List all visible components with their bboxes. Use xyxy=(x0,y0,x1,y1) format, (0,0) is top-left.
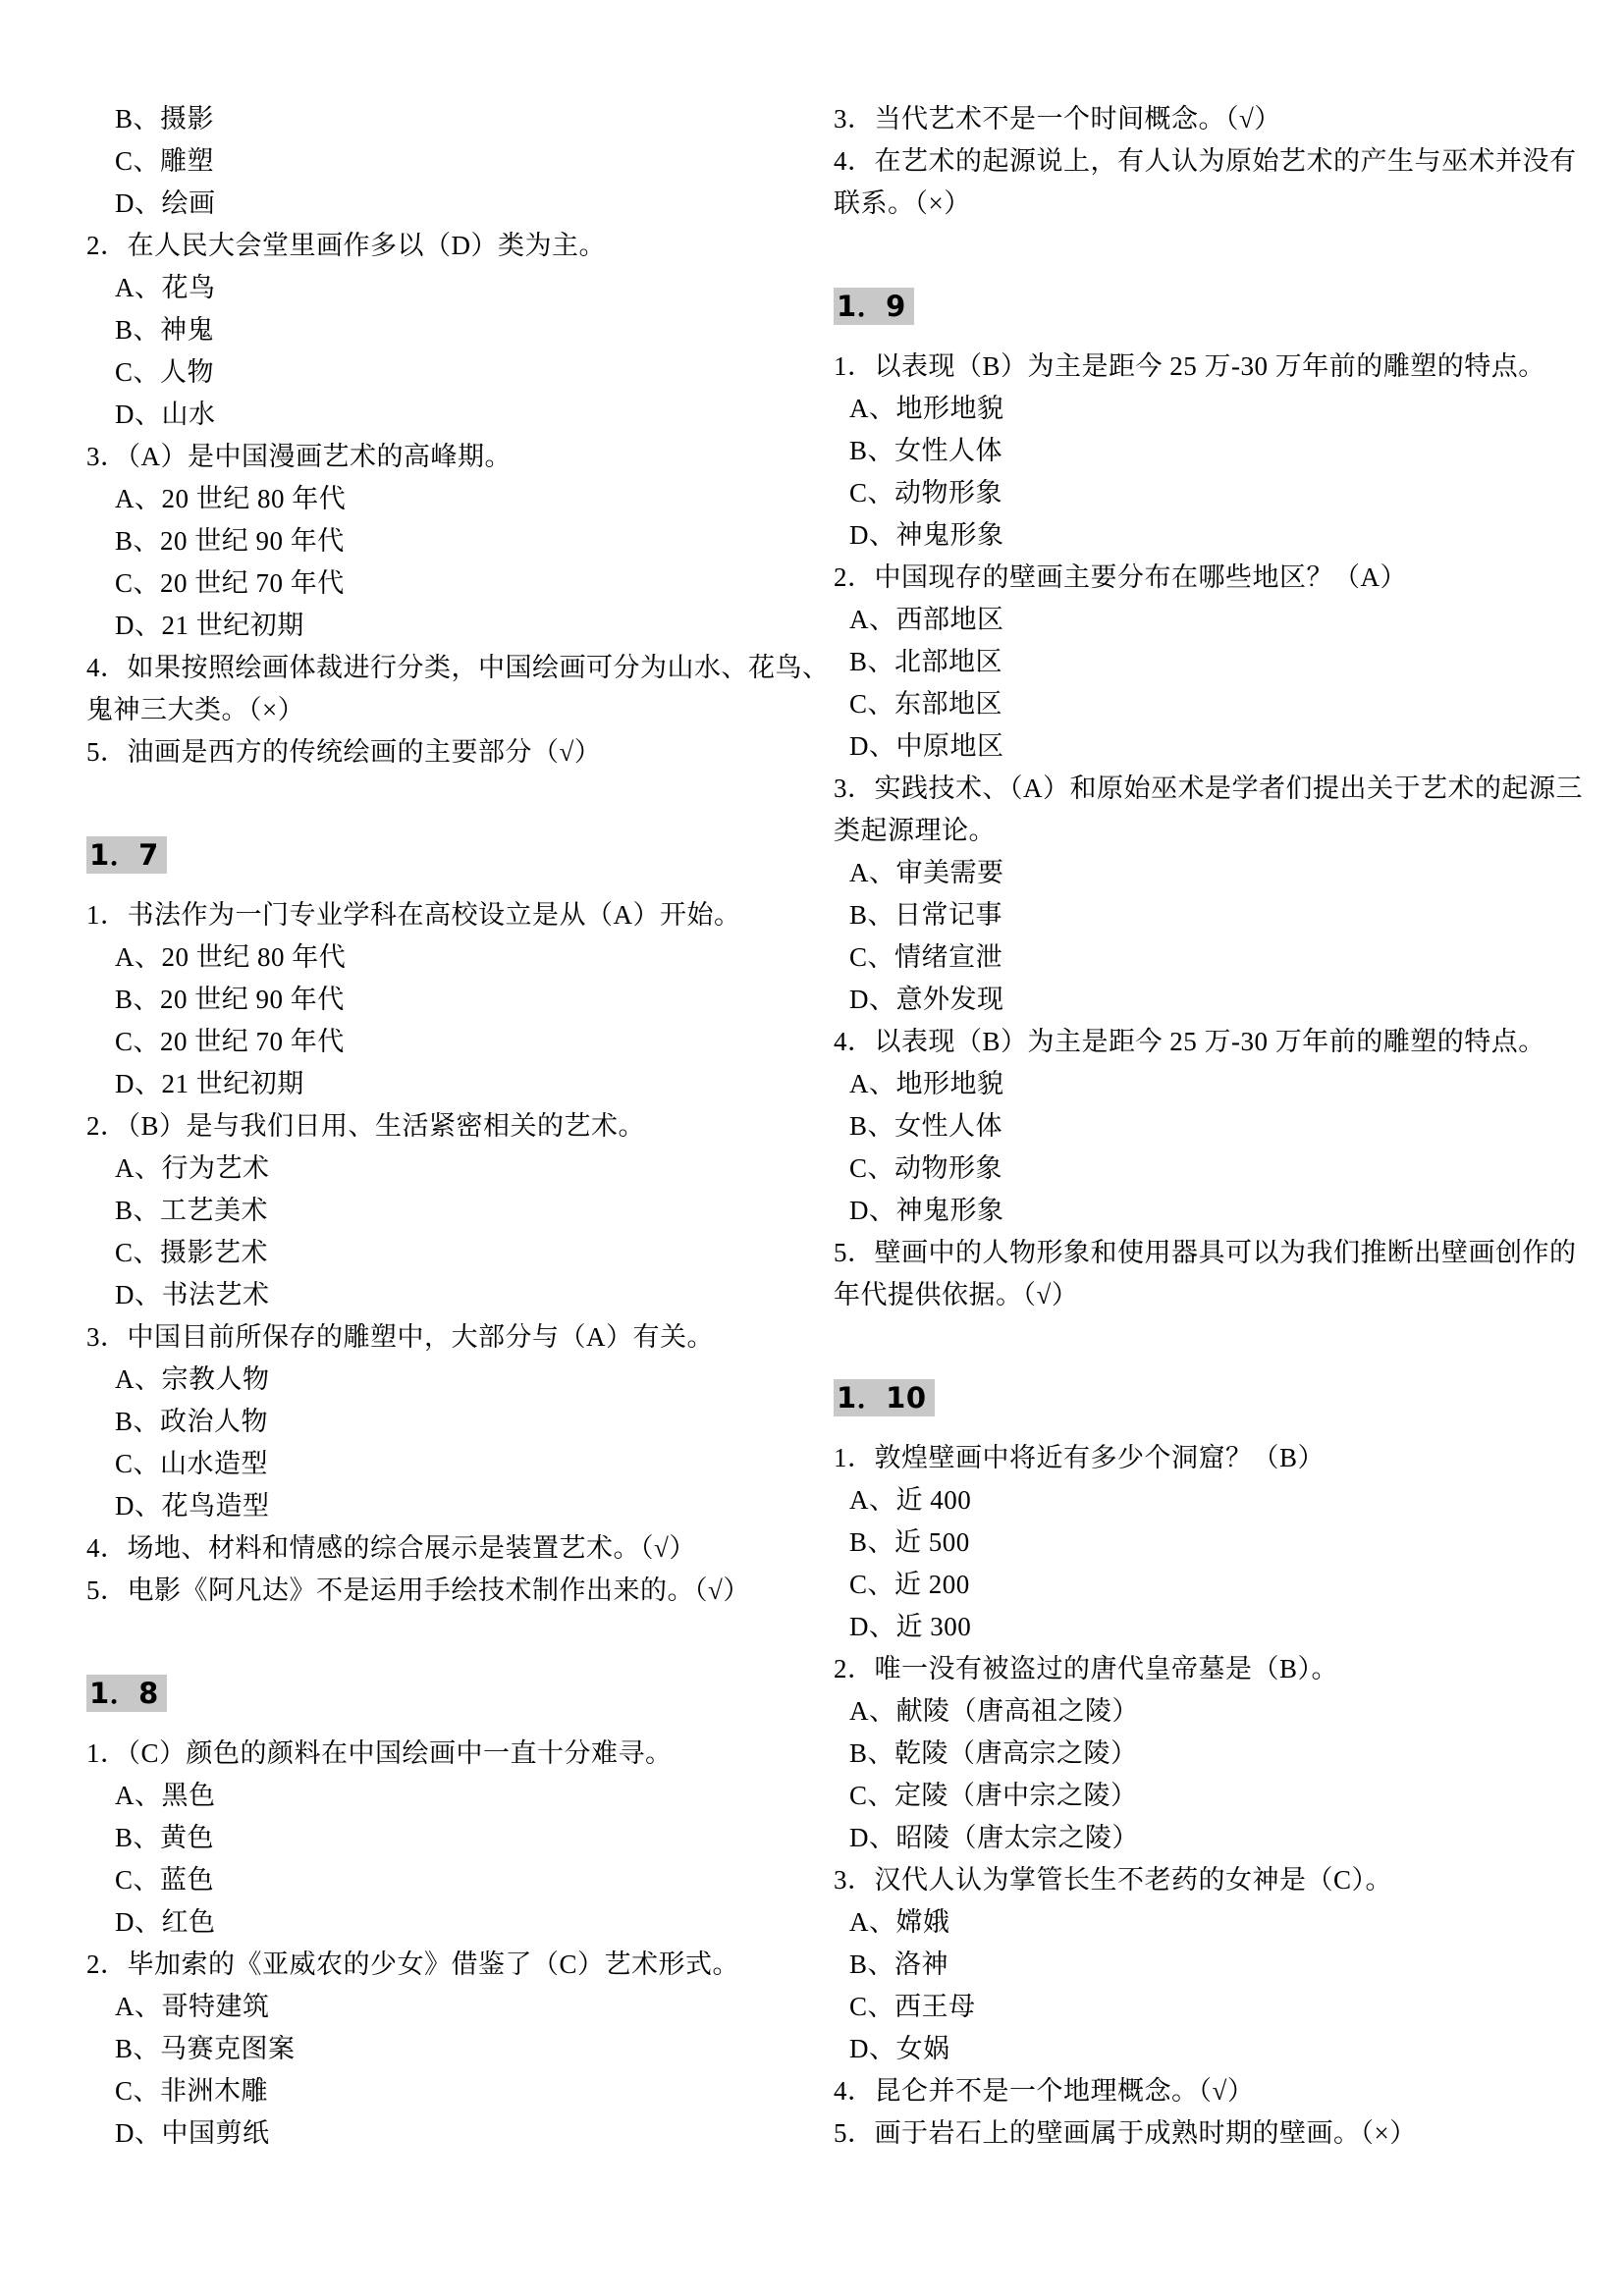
option-line: B、日常记事 xyxy=(834,894,1595,936)
option-line: C、人物 xyxy=(86,351,823,394)
option-line: D、近 300 xyxy=(834,1606,1595,1648)
question-line: 4．以表现（B）为主是距今 25 万-30 万年前的雕塑的特点。 xyxy=(834,1021,1595,1063)
option-line: B、乾陵（唐高宗之陵） xyxy=(834,1733,1595,1775)
section-heading: 1．9 xyxy=(834,286,1595,329)
document-page: B、摄影C、雕塑D、绘画2．在人民大会堂里画作多以（D）类为主。A、花鸟B、神鬼… xyxy=(0,0,1624,2296)
option-line: C、非洲木雕 xyxy=(86,2070,823,2112)
option-line: C、动物形象 xyxy=(834,472,1595,514)
right-column: 3．当代艺术不是一个时间概念。（√）4．在艺术的起源说上，有人认为原始艺术的产生… xyxy=(834,98,1595,2155)
question-line: 3．（A）是中国漫画艺术的高峰期。 xyxy=(86,436,823,478)
option-line: A、黑色 xyxy=(86,1775,823,1817)
option-line: B、女性人体 xyxy=(834,1105,1595,1148)
option-line: D、书法艺术 xyxy=(86,1274,823,1316)
option-line: B、北部地区 xyxy=(834,641,1595,683)
question-line: 3．中国目前所保存的雕塑中，大部分与（A）有关。 xyxy=(86,1316,823,1359)
option-line: C、西王母 xyxy=(834,1986,1595,2028)
option-line: D、21 世纪初期 xyxy=(86,605,823,647)
option-line: B、马赛克图案 xyxy=(86,2028,823,2070)
option-line: A、地形地貌 xyxy=(834,1063,1595,1105)
option-line: B、20 世纪 90 年代 xyxy=(86,979,823,1021)
option-line: A、近 400 xyxy=(834,1479,1595,1522)
option-line: B、政治人物 xyxy=(86,1401,823,1443)
question-line: 3．当代艺术不是一个时间概念。（√） xyxy=(834,98,1595,140)
option-line: C、情绪宣泄 xyxy=(834,936,1595,979)
question-line: 5．画于岩石上的壁画属于成熟时期的壁画。（×） xyxy=(834,2112,1595,2155)
question-line: 1．书法作为一门专业学科在高校设立是从（A）开始。 xyxy=(86,894,823,936)
option-line: A、花鸟 xyxy=(86,267,823,309)
option-line: C、近 200 xyxy=(834,1564,1595,1606)
option-line: B、20 世纪 90 年代 xyxy=(86,520,823,562)
section-heading: 1．10 xyxy=(834,1377,1595,1420)
option-line: D、神鬼形象 xyxy=(834,514,1595,557)
question-line: 2．中国现存的壁画主要分布在哪些地区？（A） xyxy=(834,557,1595,599)
option-line: D、红色 xyxy=(86,1901,823,1944)
option-line: B、工艺美术 xyxy=(86,1190,823,1232)
option-line: A、20 世纪 80 年代 xyxy=(86,936,823,979)
option-line: B、摄影 xyxy=(86,98,823,140)
question-line: 1．以表现（B）为主是距今 25 万-30 万年前的雕塑的特点。 xyxy=(834,346,1595,388)
question-line: 2．唯一没有被盗过的唐代皇帝墓是（B）。 xyxy=(834,1648,1595,1690)
continuation-line: 类起源理论。 xyxy=(834,810,1595,852)
option-line: A、西部地区 xyxy=(834,599,1595,641)
option-line: A、哥特建筑 xyxy=(86,1986,823,2028)
option-line: D、神鬼形象 xyxy=(834,1190,1595,1232)
option-line: C、东部地区 xyxy=(834,683,1595,725)
question-line: 4．昆仑并不是一个地理概念。（√） xyxy=(834,2070,1595,2112)
question-line: 4．如果按照绘画体裁进行分类，中国绘画可分为山水、花鸟、 xyxy=(86,647,823,689)
option-line: C、摄影艺术 xyxy=(86,1232,823,1274)
option-line: C、山水造型 xyxy=(86,1443,823,1485)
option-line: B、洛神 xyxy=(834,1944,1595,1986)
option-line: C、雕塑 xyxy=(86,140,823,183)
question-line: 5．油画是西方的传统绘画的主要部分（√） xyxy=(86,731,823,774)
option-line: B、女性人体 xyxy=(834,430,1595,472)
option-line: C、定陵（唐中宗之陵） xyxy=(834,1775,1595,1817)
option-line: A、地形地貌 xyxy=(834,388,1595,430)
section-heading-label: 1．7 xyxy=(86,836,167,874)
option-line: A、宗教人物 xyxy=(86,1359,823,1401)
section-heading-label: 1．9 xyxy=(834,288,914,325)
section-heading-label: 1．8 xyxy=(86,1675,167,1712)
option-line: A、20 世纪 80 年代 xyxy=(86,478,823,520)
section-heading-label: 1．10 xyxy=(834,1379,935,1416)
option-line: D、绘画 xyxy=(86,183,823,225)
option-line: B、神鬼 xyxy=(86,309,823,351)
option-line: A、献陵（唐高祖之陵） xyxy=(834,1690,1595,1733)
question-line: 4．场地、材料和情感的综合展示是装置艺术。（√） xyxy=(86,1527,823,1570)
option-line: D、中国剪纸 xyxy=(86,2112,823,2155)
question-line: 4．在艺术的起源说上，有人认为原始艺术的产生与巫术并没有 xyxy=(834,140,1595,183)
question-line: 5．壁画中的人物形象和使用器具可以为我们推断出壁画创作的 xyxy=(834,1232,1595,1274)
option-line: D、山水 xyxy=(86,394,823,436)
question-line: 5．电影《阿凡达》不是运用手绘技术制作出来的。（√） xyxy=(86,1570,823,1612)
left-column: B、摄影C、雕塑D、绘画2．在人民大会堂里画作多以（D）类为主。A、花鸟B、神鬼… xyxy=(86,98,823,2155)
option-line: C、动物形象 xyxy=(834,1148,1595,1190)
option-line: B、近 500 xyxy=(834,1522,1595,1564)
continuation-line: 鬼神三大类。（×） xyxy=(86,689,823,731)
option-line: A、行为艺术 xyxy=(86,1148,823,1190)
option-line: D、昭陵（唐太宗之陵） xyxy=(834,1817,1595,1859)
option-line: D、女娲 xyxy=(834,2028,1595,2070)
option-line: D、意外发现 xyxy=(834,979,1595,1021)
question-line: 3．汉代人认为掌管长生不老药的女神是（C）。 xyxy=(834,1859,1595,1901)
question-line: 2．在人民大会堂里画作多以（D）类为主。 xyxy=(86,225,823,267)
option-line: C、20 世纪 70 年代 xyxy=(86,1021,823,1063)
question-line: 3．实践技术、（A）和原始巫术是学者们提出关于艺术的起源三 xyxy=(834,768,1595,810)
option-line: C、蓝色 xyxy=(86,1859,823,1901)
section-heading: 1．8 xyxy=(86,1673,823,1716)
option-line: A、审美需要 xyxy=(834,852,1595,894)
option-line: C、20 世纪 70 年代 xyxy=(86,562,823,605)
question-line: 1．（C）颜色的颜料在中国绘画中一直十分难寻。 xyxy=(86,1733,823,1775)
continuation-line: 联系。（×） xyxy=(834,183,1595,225)
question-line: 2．（B）是与我们日用、生活紧密相关的艺术。 xyxy=(86,1105,823,1148)
question-line: 2．毕加索的《亚威农的少女》借鉴了（C）艺术形式。 xyxy=(86,1944,823,1986)
option-line: D、中原地区 xyxy=(834,725,1595,768)
option-line: D、21 世纪初期 xyxy=(86,1063,823,1105)
continuation-line: 年代提供依据。（√） xyxy=(834,1274,1595,1316)
question-line: 1．敦煌壁画中将近有多少个洞窟？（B） xyxy=(834,1437,1595,1479)
option-line: A、嫦娥 xyxy=(834,1901,1595,1944)
option-line: D、花鸟造型 xyxy=(86,1485,823,1527)
section-heading: 1．7 xyxy=(86,834,823,878)
option-line: B、黄色 xyxy=(86,1817,823,1859)
